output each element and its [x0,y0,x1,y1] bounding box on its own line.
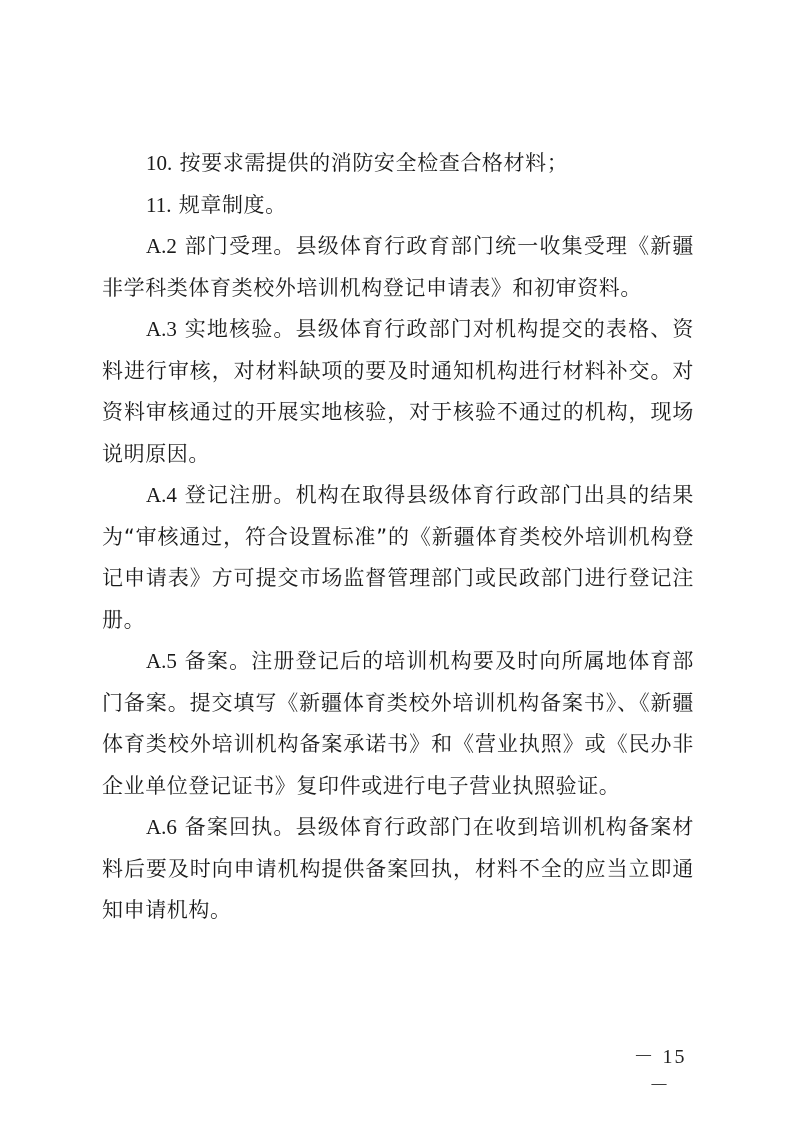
section-a6: A.6 备案回执。县级体育行政部门在收到培训机构备案材料后要及时向申请机构提供备… [102,807,694,932]
page-number: － 15 － [620,1040,700,1098]
section-a5: A.5 备案。注册登记后的培训机构要及时向所属地体育部门备案。提交填写《新疆体育… [102,641,694,807]
section-number: A.3 [146,317,177,341]
list-item-11: 11. 规章制度。 [102,185,694,227]
section-number: A.6 [146,815,177,839]
section-a3: A.3 实地核验。县级体育行政部门对机构提交的表格、资料进行审核，对材料缺项的要… [102,309,694,475]
section-text: 实地核验。县级体育行政部门对机构提交的表格、资料进行审核，对材料缺项的要及时通知… [102,317,694,466]
section-number: A.5 [146,649,177,673]
item-number: 10. [146,151,172,175]
list-item-10: 10. 按要求需提供的消防安全检查合格材料； [102,143,694,185]
section-text: 部门受理。县级体育行政育部门统一收集受理《新疆非学科类体育类校外培训机构登记申请… [102,234,694,300]
section-text: 登记注册。机构在取得县级体育行政部门出具的结果为“审核通过，符合设置标准”的《新… [102,483,694,632]
section-text: 备案。注册登记后的培训机构要及时向所属地体育部门备案。提交填写《新疆体育类校外培… [102,649,694,798]
section-number: A.2 [146,234,177,258]
item-text: 按要求需提供的消防安全检查合格材料； [172,151,568,175]
item-number: 11. [146,193,171,217]
item-text: 规章制度。 [171,193,286,217]
document-body: 10. 按要求需提供的消防安全检查合格材料； 11. 规章制度。 A.2 部门受… [102,143,694,932]
section-a4: A.4 登记注册。机构在取得县级体育行政部门出具的结果为“审核通过，符合设置标准… [102,475,694,641]
section-a2: A.2 部门受理。县级体育行政育部门统一收集受理《新疆非学科类体育类校外培训机构… [102,226,694,309]
section-text: 备案回执。县级体育行政部门在收到培训机构备案材料后要及时向申请机构提供备案回执，… [102,815,694,922]
section-number: A.4 [146,483,177,507]
